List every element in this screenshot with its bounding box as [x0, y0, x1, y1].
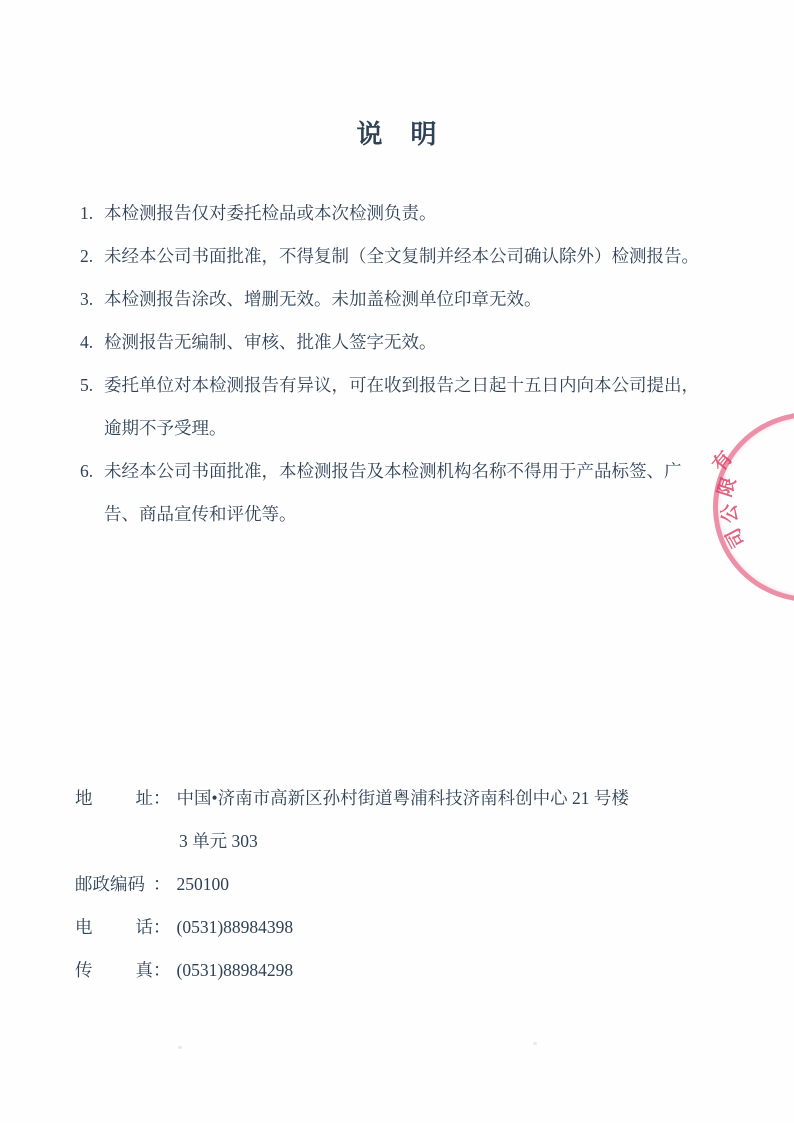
contact-address-row: 地 址 ： 中国•济南市高新区孙村街道粤浦科技济南科创中心 21 号楼 — [75, 777, 765, 820]
notes-list: 1. 本检测报告仅对委托检品或本次检测负责。 2. 未经本公司书面批准，不得复制… — [80, 192, 740, 536]
note-number: 5. — [80, 364, 104, 450]
note-item-6: 6. 未经本公司书面批准，本检测报告及本检测机构名称不得用于产品标签、广 告、商… — [80, 450, 740, 536]
document-page: 说 明 1. 本检测报告仅对委托检品或本次检测负责。 2. 未经本公司书面批准，… — [0, 0, 794, 1123]
stamp-char: 公 — [714, 503, 743, 524]
note-text: 本检测报告仅对委托检品或本次检测负责。 — [104, 203, 437, 223]
address-label: 地 址 — [75, 777, 153, 820]
note-item-3: 3. 本检测报告涂改、增删无效。未加盖检测单位印章无效。 — [80, 278, 740, 321]
postal-label: 邮政编码 — [75, 863, 153, 906]
contact-fax-row: 传 真 ： (0531)88984298 — [75, 949, 765, 992]
note-text-line: 逾期不予受理。 — [104, 407, 740, 450]
note-number: 3. — [80, 278, 104, 321]
note-text-line: 委托单位对本检测报告有异议，可在收到报告之日起十五日内向本公司提出， — [104, 364, 740, 407]
phone-value: (0531)88984398 — [177, 906, 766, 949]
note-number: 2. — [80, 235, 104, 278]
contact-block: 地 址 ： 中国•济南市高新区孙村街道粤浦科技济南科创中心 21 号楼 3 单元… — [75, 777, 765, 992]
contact-postal-row: 邮政编码 ： 250100 — [75, 863, 765, 906]
address-value-line1: 中国•济南市高新区孙村街道粤浦科技济南科创中心 21 号楼 — [177, 777, 766, 820]
note-text: 未经本公司书面批准，不得复制（全文复制并经本公司确认除外）检测报告。 — [104, 246, 699, 266]
phone-label: 电 话 — [75, 906, 153, 949]
note-text: 本检测报告涂改、增删无效。未加盖检测单位印章无效。 — [104, 289, 542, 309]
note-text-line: 未经本公司书面批准，本检测报告及本检测机构名称不得用于产品标签、广 — [104, 450, 740, 493]
fax-colon: ： — [153, 949, 171, 992]
note-number: 1. — [80, 192, 104, 235]
fax-value: (0531)88984298 — [177, 949, 766, 992]
scan-artifact — [533, 1042, 537, 1045]
postal-value: 250100 — [177, 863, 766, 906]
fax-label: 传 真 — [75, 949, 153, 992]
note-number: 4. — [80, 321, 104, 364]
note-item-5: 5. 委托单位对本检测报告有异议，可在收到报告之日起十五日内向本公司提出， 逾期… — [80, 364, 740, 450]
note-item-1: 1. 本检测报告仅对委托检品或本次检测负责。 — [80, 192, 740, 235]
note-item-2: 2. 未经本公司书面批准，不得复制（全文复制并经本公司确认除外）检测报告。 — [80, 235, 740, 278]
postal-colon: ： — [153, 863, 171, 906]
note-number: 6. — [80, 450, 104, 536]
contact-phone-row: 电 话 ： (0531)88984398 — [75, 906, 765, 949]
address-colon: ： — [153, 777, 171, 820]
note-item-4: 4. 检测报告无编制、审核、批准人签字无效。 — [80, 321, 740, 364]
note-text-line: 告、商品宣传和评优等。 — [104, 493, 740, 536]
phone-colon: ： — [153, 906, 171, 949]
scan-artifact — [178, 1046, 182, 1049]
address-value-line2: 3 单元 303 — [179, 820, 765, 863]
page-title: 说 明 — [0, 114, 794, 151]
note-text: 检测报告无编制、审核、批准人签字无效。 — [104, 332, 437, 352]
